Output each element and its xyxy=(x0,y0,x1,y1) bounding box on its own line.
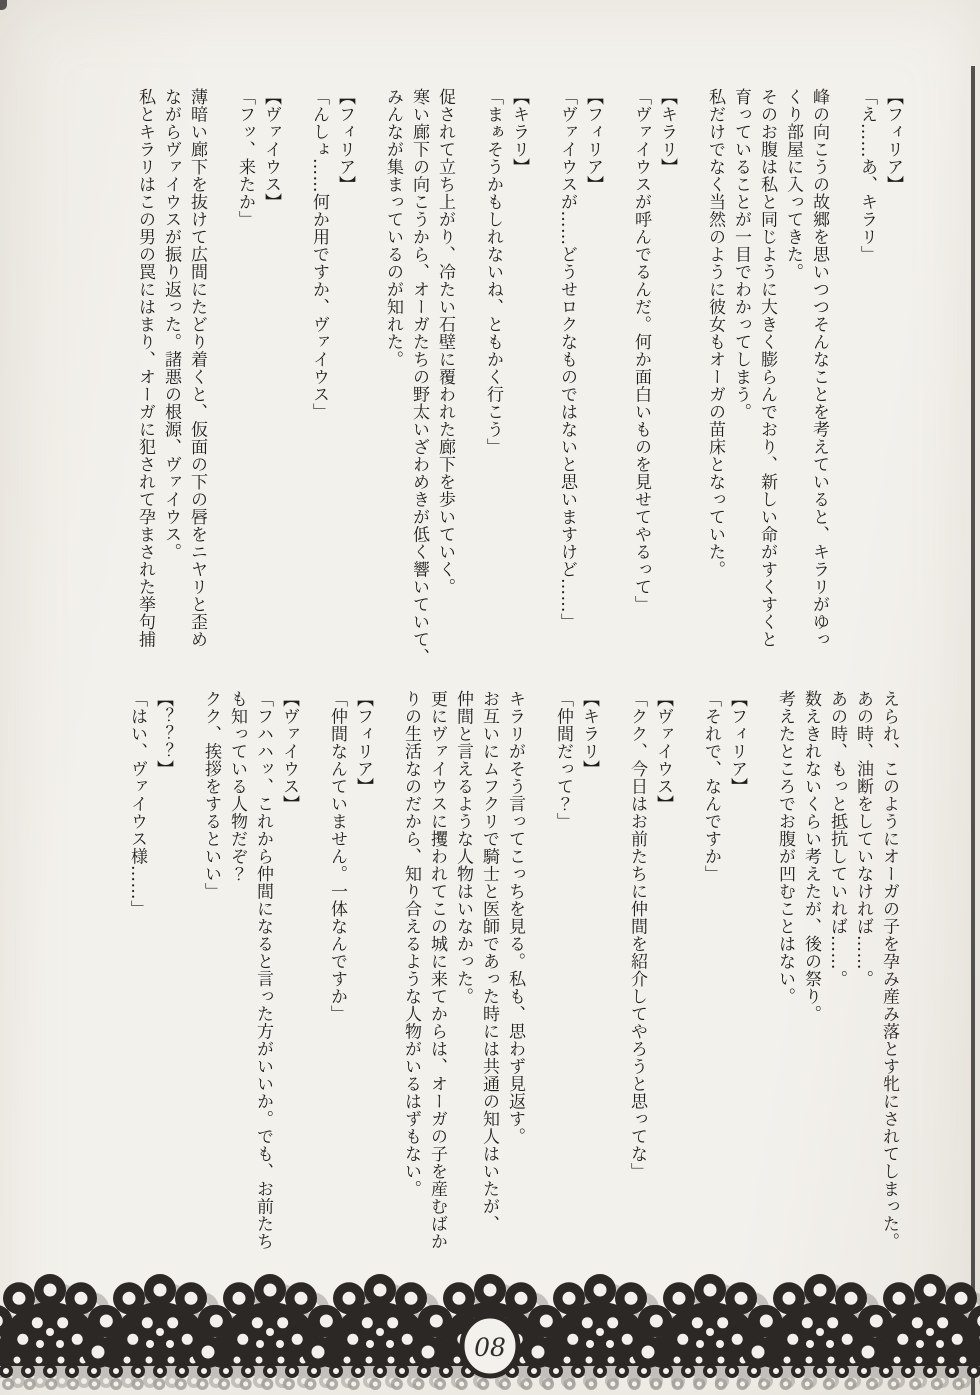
text-line: 私だけでなく当然のように彼女もオーガの苗床となっていた。 xyxy=(702,88,728,670)
text-line: 仲間と言えるような人物はいなかった。 xyxy=(450,690,476,1268)
text-line: 促されて立ち上がり、冷たい石壁に覆われた廊下を歩いていく。 xyxy=(432,88,458,670)
dialogue-block: 【フィリア】「それで、なんですか」 xyxy=(698,690,750,1268)
text-line: 「ヴァイウスが……どうせロクなものではないと思いますけど……」 xyxy=(554,88,580,670)
text-line: キラリがそう言ってこっちを見る。私も、思わず見返す。 xyxy=(502,690,528,1268)
narration-block: 峰の向こうの故郷を思いつつそんなことを考えていると、キラリがゆっくり部屋に入って… xyxy=(702,88,832,670)
text-line: 寒い廊下の向こうから、オーガたちの野太いざわめきが低く響いていて、 xyxy=(406,88,432,670)
speaker-label: 【ヴァイウス】 xyxy=(276,690,302,1268)
dialogue-block: 【ヴァイウス】「クク、今日はお前たちに仲間を紹介してやろうと思ってな」 xyxy=(624,690,676,1268)
dialogue-block: 【ヴァイウス】「フハハッ、これから仲間になると言った方がいいか。でも、お前たちも… xyxy=(198,690,302,1268)
speaker-label: 【フィリア】 xyxy=(350,690,376,1268)
text-line: みんなが集まっているのが知れた。 xyxy=(380,88,406,670)
narration-block: キラリがそう言ってこっちを見る。私も、思わず見返す。お互いにムフクリで騎士と医師… xyxy=(398,690,528,1268)
speaker-label: 【フィリア】 xyxy=(332,88,358,670)
dialogue-block: 【フィリア】「仲間なんていません。一体なんですか」 xyxy=(324,690,376,1268)
dialogue-block: 【？？？】「はい、ヴァイウス様……」 xyxy=(124,690,176,1268)
text-line: 「仲間なんていません。一体なんですか」 xyxy=(324,690,350,1268)
narration-block: えられ、このようにオーガの子を孕み産み落とす牝にされてしまった。あの時、油断をし… xyxy=(772,690,902,1268)
speaker-label: 【フィリア】 xyxy=(880,88,906,670)
doujinshi-novel-page: 【フィリア】「え……あ、キラリ」峰の向こうの故郷を思いつつそんなことを考えている… xyxy=(0,0,980,1395)
text-line: 育っていることが一目でわかってしまう。 xyxy=(728,88,754,670)
dialogue-block: 【フィリア】「ヴァイウスが……どうせロクなものではないと思いますけど……」 xyxy=(554,88,606,670)
text-line: 「んしょ……何か用ですか、ヴァイウス」 xyxy=(306,88,332,670)
text-line: 「フハハッ、これから仲間になると言った方がいいか。でも、お前たち xyxy=(250,690,276,1268)
text-line: くり部屋に入ってきた。 xyxy=(780,88,806,670)
speaker-label: 【キラリ】 xyxy=(654,88,680,670)
text-line: 「それで、なんですか」 xyxy=(698,690,724,1268)
dialogue-block: 【キラリ】「仲間だって？」 xyxy=(550,690,602,1268)
text-line: クク、挨拶をするといい」 xyxy=(198,690,224,1268)
text-line: 峰の向こうの故郷を思いつつそんなことを考えていると、キラリがゆっ xyxy=(806,88,832,670)
speaker-label: 【ヴァイウス】 xyxy=(650,690,676,1268)
text-line: そのお腹は私と同じように大きく膨らんでおり、新しい命がすくすくと xyxy=(754,88,780,670)
lace-border: 08 xyxy=(0,1260,980,1395)
speaker-label: 【フィリア】 xyxy=(580,88,606,670)
text-line: 「え……あ、キラリ」 xyxy=(854,88,880,670)
text-line: 私とキラリはこの男の罠にはまり、オーガに犯されて孕まされた挙句捕 xyxy=(132,88,158,670)
text-line: 「はい、ヴァイウス様……」 xyxy=(124,690,150,1268)
text-section-bottom: えられ、このようにオーガの子を孕み産み落とす牝にされてしまった。あの時、油断をし… xyxy=(124,690,902,1268)
text-line: りの生活なのだから、知り合えるような人物がいるはずもない。 xyxy=(398,690,424,1268)
dialogue-block: 【フィリア】「んしょ……何か用ですか、ヴァイウス」 xyxy=(306,88,358,670)
text-line: お互いにムフクリで騎士と医師であった時には共通の知人はいたが、 xyxy=(476,690,502,1268)
text-line: 考えたところでお腹が凹むことはない。 xyxy=(772,690,798,1268)
page-number: 08 xyxy=(474,1333,506,1362)
text-line: あの時、油断をしていなければ……。 xyxy=(850,690,876,1268)
text-line: 薄暗い廊下を抜けて広間にたどり着くと、仮面の下の唇をニヤリと歪め xyxy=(184,88,210,670)
narration-block: 促されて立ち上がり、冷たい石壁に覆われた廊下を歩いていく。寒い廊下の向こうから、… xyxy=(380,88,458,670)
speaker-label: 【キラリ】 xyxy=(506,88,532,670)
dialogue-block: 【キラリ】「まぁそうかもしれないね、ともかく行こう」 xyxy=(480,88,532,670)
text-line: あの時、もっと抵抗していれば……。 xyxy=(824,690,850,1268)
text-line: 「フッ、来たか」 xyxy=(232,88,258,670)
speaker-label: 【？？？】 xyxy=(150,690,176,1268)
text-line: 「仲間だって？」 xyxy=(550,690,576,1268)
text-line: 「まぁそうかもしれないね、ともかく行こう」 xyxy=(480,88,506,670)
scan-edge-line xyxy=(971,66,975,1395)
text-line: 「ヴァイウスが呼んでるんだ。何か面白いものを見せてやるって」 xyxy=(628,88,654,670)
text-line: ながらヴァイウスが振り返った。諸悪の根源、ヴァイウス。 xyxy=(158,88,184,670)
speaker-label: 【キラリ】 xyxy=(576,690,602,1268)
text-line: 「クク、今日はお前たちに仲間を紹介してやろうと思ってな」 xyxy=(624,690,650,1268)
dialogue-block: 【キラリ】「ヴァイウスが呼んでるんだ。何か面白いものを見せてやるって」 xyxy=(628,88,680,670)
dialogue-block: 【フィリア】「え……あ、キラリ」 xyxy=(854,88,906,670)
text-section-top: 【フィリア】「え……あ、キラリ」峰の向こうの故郷を思いつつそんなことを考えている… xyxy=(132,88,906,670)
text-line: 更にヴァイウスに攫われてこの城に来てからは、オーガの子を産むばか xyxy=(424,690,450,1268)
speaker-label: 【フィリア】 xyxy=(724,690,750,1268)
narration-block: 薄暗い廊下を抜けて広間にたどり着くと、仮面の下の唇をニヤリと歪めながらヴァイウス… xyxy=(132,88,210,670)
speaker-label: 【ヴァイウス】 xyxy=(258,88,284,670)
dialogue-block: 【ヴァイウス】「フッ、来たか」 xyxy=(232,88,284,670)
text-line: えられ、このようにオーガの子を孕み産み落とす牝にされてしまった。 xyxy=(876,690,902,1268)
text-line: 数えきれないくらい考えたが、後の祭り。 xyxy=(798,690,824,1268)
scan-corner-mark xyxy=(0,0,7,10)
text-line: も知っている人物だぞ？ xyxy=(224,690,250,1268)
